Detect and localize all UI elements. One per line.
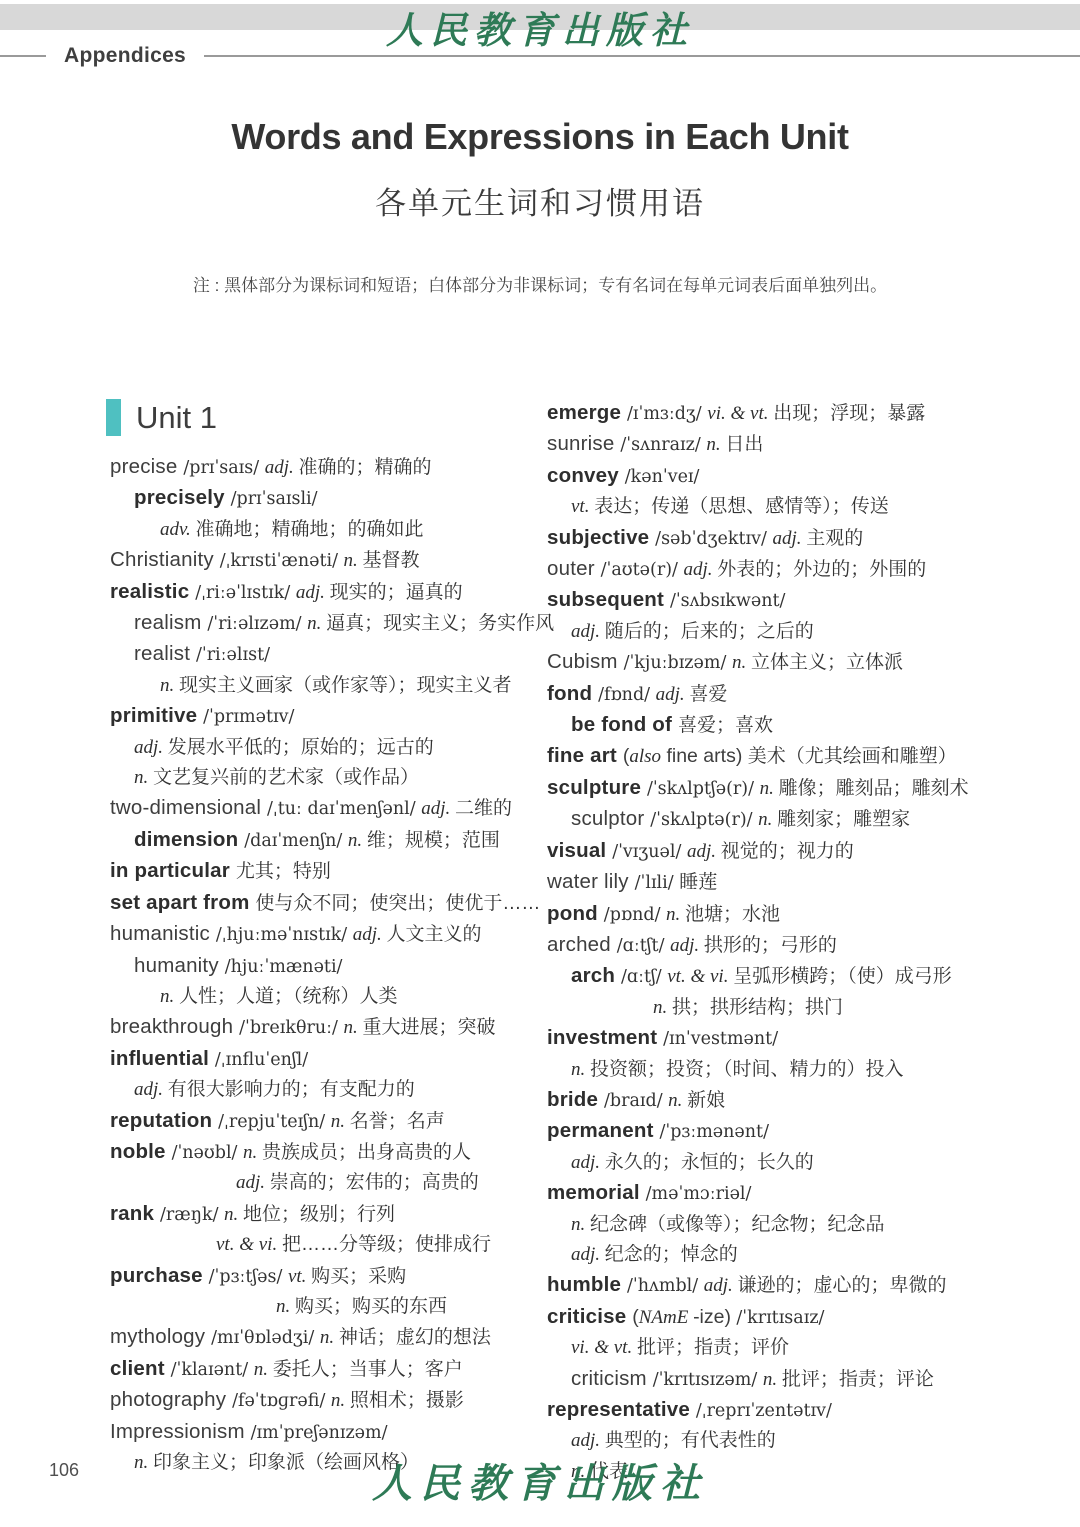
vocab-line: emerge /ɪˈmɜːdʒ/ vi. & vt. 出现；浮现；暴露	[547, 398, 969, 429]
pos-label: vi. & vt.	[707, 403, 773, 424]
vocab-line: n. 拱；拱形结构；拱门	[547, 993, 969, 1023]
pos-label: n.	[134, 767, 153, 788]
phonetic: /ˌkrɪstiˈænəti/	[220, 551, 344, 571]
meaning-zh: 发展水平低的；原始的；远古的	[168, 737, 434, 758]
pos-label: n.	[763, 1369, 782, 1390]
meaning-zh: 视觉的；视力的	[721, 841, 854, 862]
meaning-zh: 使与众不同；使突出；使优于……	[255, 893, 540, 914]
vocab-line: precise /prɪˈsaɪs/ adj. 准确的；精确的	[110, 452, 554, 483]
meaning-zh: 准确的；精确的	[299, 457, 432, 478]
phonetic: /hjuːˈmænəti/	[225, 957, 343, 977]
phonetic: /ˈkrɪtɪsɪzəm/	[653, 1370, 763, 1390]
phonetic: /ˈsʌbsɪkwənt/	[670, 591, 786, 611]
pos-label: n.	[243, 1142, 262, 1163]
vocab-line: arch /ɑːtʃ/ vt. & vi. 呈弧形横跨；（使）成弓形	[547, 961, 969, 992]
meaning-zh: 购买；采购	[311, 1266, 406, 1287]
headword: humanity	[134, 954, 225, 977]
phonetic: /daɪˈmenʃn/	[244, 831, 348, 851]
meaning-zh: 人文主义的	[387, 924, 482, 945]
meaning-zh: 二维的	[455, 798, 512, 819]
phonetic: /ˌriːəˈlɪstɪk/	[195, 583, 296, 603]
meaning-zh: 批评；指责；评论	[782, 1369, 934, 1390]
phonetic: /kənˈveɪ/	[625, 467, 700, 487]
vocab-column-left: precise /prɪˈsaɪs/ adj. 准确的；精确的precisely…	[110, 452, 554, 1478]
headword: rank	[110, 1202, 160, 1225]
headword: sculpture	[547, 776, 647, 799]
vocab-line: mythology /mɪˈθɒlədʒi/ n. 神话；虚幻的想法	[110, 1322, 554, 1353]
meaning-zh: 有很大影响力的；有支配力的	[168, 1079, 415, 1100]
headword: sunrise	[547, 432, 620, 455]
textbook-page: 人民教育出版社 Appendices Words and Expressions…	[0, 0, 1080, 1527]
pos-label: n.	[668, 1090, 687, 1111]
phonetic: /ˌtuː daɪˈmenʃənl/	[267, 799, 421, 819]
vocab-line: be fond of 喜爱；喜欢	[547, 710, 969, 741]
vocab-line: adj. 发展水平低的；原始的；远古的	[110, 733, 554, 763]
vocab-line: arched /ɑːtʃt/ adj. 拱形的；弓形的	[547, 930, 969, 961]
meaning-zh: 随后的；后来的；之后的	[605, 621, 814, 642]
meaning-zh: 维；规模；范围	[367, 830, 500, 851]
phonetic: /ˈbreɪkθruː/	[239, 1018, 343, 1038]
meaning-zh: 地位；级别；行列	[243, 1204, 395, 1225]
headword: bride	[547, 1088, 604, 1111]
meaning-zh: 呈弧形横跨；（使）成弓形	[733, 966, 952, 987]
vocab-line: vt. 表达；传递（思想、感情等）；传送	[547, 492, 969, 522]
meaning-zh: 尤其；特别	[236, 861, 331, 882]
phonetic: /məˈmɔːriəl/	[646, 1184, 752, 1204]
vocab-line: dimension /daɪˈmenʃn/ n. 维；规模；范围	[110, 825, 554, 856]
phonetic: /ˈpɜːmənənt/	[660, 1122, 770, 1142]
meaning-zh: 睡莲	[679, 872, 717, 893]
phonetic: /ˌɪnfluˈenʃl/	[215, 1050, 308, 1070]
vocab-line: outer /ˈaʊtə(r)/ adj. 外表的；外边的；外围的	[547, 554, 969, 585]
headword: investment	[547, 1026, 663, 1049]
headword: criticise	[547, 1305, 632, 1328]
headword: two-dimensional	[110, 796, 267, 819]
vocab-line: convey /kənˈveɪ/	[547, 461, 969, 492]
vocab-line: noble /ˈnəʊbl/ n. 贵族成员；出身高贵的人	[110, 1137, 554, 1168]
vocab-line: investment /ɪnˈvestmənt/	[547, 1023, 969, 1054]
unit-title: Unit 1	[136, 400, 217, 436]
meaning-zh: 重大进展；突破	[362, 1017, 495, 1038]
vocab-line: adv. 准确地；精确地；的确如此	[110, 515, 554, 545]
pos-label: vt. & vi.	[216, 1234, 282, 1255]
headword: arch	[571, 964, 621, 987]
phonetic: /ˈriːəlɪst/	[196, 645, 270, 665]
meaning-zh: 外表的；外边的；外围的	[717, 559, 926, 580]
meaning-zh: 立体主义；立体派	[751, 652, 903, 673]
vocab-line: rank /ræŋk/ n. 地位；级别；行列	[110, 1199, 554, 1230]
meaning-zh: 现实的；逼真的	[330, 582, 463, 603]
phonetic: /pɒnd/	[604, 905, 666, 925]
pos-label: NAmE	[639, 1307, 693, 1328]
vocab-line: photography /fəˈtɒɡrəfi/ n. 照相术；摄影	[110, 1385, 554, 1416]
vocab-line: set apart from 使与众不同；使突出；使优于……	[110, 888, 554, 919]
headword: set apart from	[110, 891, 255, 914]
vocab-line: subsequent /ˈsʌbsɪkwənt/	[547, 585, 969, 616]
pos-label: n.	[758, 809, 777, 830]
phonetic: /ˈskʌlptə(r)/	[650, 810, 758, 830]
pos-label: adj.	[772, 528, 806, 549]
meaning-zh: 委托人；当事人；客户	[273, 1359, 463, 1380]
meaning-zh: 纪念碑（或像等）；纪念物；纪念品	[590, 1214, 885, 1235]
meaning-zh: 逼真；现实主义；务实作风	[326, 613, 554, 634]
page-title: Words and Expressions in Each Unit	[0, 116, 1080, 158]
vocab-line: reputation /ˌrepjuˈteɪʃn/ n. 名誉；名声	[110, 1106, 554, 1137]
vocab-line: adj. 永久的；永恒的；长久的	[547, 1148, 969, 1178]
vocab-line: Impressionism /ɪmˈpreʃənɪzəm/	[110, 1417, 554, 1448]
headword: Cubism	[547, 650, 624, 673]
meaning-zh: 出现；浮现；暴露	[773, 403, 925, 424]
pos-label: n.	[224, 1204, 243, 1225]
headword: sculptor	[571, 807, 650, 830]
headword: dimension	[134, 828, 244, 851]
vocab-line: Christianity /ˌkrɪstiˈænəti/ n. 基督教	[110, 545, 554, 576]
pos-label: vt. & vi.	[667, 966, 733, 987]
meaning-zh: 文艺复兴前的艺术家（或作品）	[153, 767, 419, 788]
pos-label: adj.	[296, 582, 330, 603]
headword: water lily	[547, 870, 635, 893]
headword: subjective	[547, 526, 655, 549]
meaning-zh: 人性；人道；（统称）人类	[179, 986, 398, 1007]
phonetic: /prɪˈsaɪs/	[183, 458, 264, 478]
pos-label: n.	[666, 904, 685, 925]
meaning-zh: 投资额；投资；（时间、精力的）投入	[590, 1059, 904, 1080]
headword: photography	[110, 1388, 232, 1411]
headword: arched	[547, 933, 617, 956]
pos-label: adv.	[160, 519, 196, 540]
headword: criticism	[571, 1367, 653, 1390]
headword: humble	[547, 1273, 627, 1296]
pos-label: also	[629, 746, 661, 767]
vocab-line: fond /fɒnd/ adj. 喜爱	[547, 679, 969, 710]
headword: primitive	[110, 704, 203, 727]
headword: be fond of	[571, 713, 678, 736]
annotation: fine arts)	[661, 745, 748, 767]
pos-label: adj.	[265, 457, 299, 478]
headword: precise	[110, 455, 183, 478]
pos-label: n.	[331, 1111, 350, 1132]
phonetic: /ɪˈmɜːdʒ/	[627, 404, 707, 424]
pos-label: n.	[760, 778, 779, 799]
vocab-line: adj. 随后的；后来的；之后的	[547, 617, 969, 647]
meaning-zh: 主观的	[806, 528, 863, 549]
meaning-zh: 照相术；摄影	[350, 1390, 464, 1411]
phonetic: /ˈaʊtə(r)/	[601, 560, 684, 580]
meaning-zh: 拱形的；弓形的	[704, 935, 837, 956]
headword: memorial	[547, 1181, 646, 1204]
headword: permanent	[547, 1119, 660, 1142]
vocab-line: memorial /məˈmɔːriəl/	[547, 1178, 969, 1209]
headword: influential	[110, 1047, 215, 1070]
phonetic: /ˈnəʊbl/	[172, 1143, 243, 1163]
vocab-line: purchase /ˈpɜːtʃəs/ vt. 购买；采购	[110, 1261, 554, 1292]
vocab-line: realistic /ˌriːəˈlɪstɪk/ adj. 现实的；逼真的	[110, 577, 554, 608]
meaning-zh: 名誉；名声	[350, 1111, 445, 1132]
headword: emerge	[547, 401, 627, 424]
phonetic: /prɪˈsaɪsli/	[231, 489, 318, 509]
headword: breakthrough	[110, 1015, 239, 1038]
headword: realism	[134, 611, 207, 634]
headword: purchase	[110, 1264, 209, 1287]
usage-note: 注 : 黑体部分为课标词和短语；白体部分为非课标词；专有名词在每单元词表后面单独…	[0, 271, 1080, 296]
vocab-line: criticism /ˈkrɪtɪsɪzəm/ n. 批评；指责；评论	[547, 1364, 969, 1395]
vocab-line: permanent /ˈpɜːmənənt/	[547, 1116, 969, 1147]
vocab-line: realist /ˈriːəlɪst/	[110, 639, 554, 670]
phonetic: /ˌreprɪˈzentətɪv/	[696, 1401, 832, 1421]
phonetic: /fɒnd/	[598, 685, 656, 705]
phonetic: /fəˈtɒɡrəfi/	[232, 1391, 331, 1411]
pos-label: adj.	[687, 841, 721, 862]
vocab-line: n. 现实主义画家（或作家等）；现实主义者	[110, 671, 554, 701]
pos-label: n.	[134, 1452, 153, 1473]
vocab-line: sculptor /ˈskʌlptə(r)/ n. 雕刻家；雕塑家	[547, 804, 969, 835]
pos-label: adj.	[236, 1172, 270, 1193]
pos-label: adj.	[571, 1244, 605, 1265]
phonetic: /ˈsʌnraɪz/	[620, 435, 706, 455]
pos-label: adj.	[134, 737, 168, 758]
vocab-line: precisely /prɪˈsaɪsli/	[110, 483, 554, 514]
meaning-zh: 新娘	[687, 1090, 725, 1111]
vocab-line: criticise (NAmE -ize) /ˈkrɪtɪsaɪz/	[547, 1302, 969, 1333]
phonetic: /mɪˈθɒlədʒi/	[211, 1328, 320, 1348]
unit-header: Unit 1	[106, 399, 217, 436]
pos-label: adj.	[134, 1079, 168, 1100]
phonetic: /ɑːtʃ/	[621, 967, 667, 987]
vocab-line: vt. & vi. 把……分等级；使排成行	[110, 1230, 554, 1260]
pos-label: adj.	[684, 559, 718, 580]
vocab-line: adj. 崇高的；宏伟的；高贵的	[110, 1168, 554, 1198]
vocab-line: bride /braɪd/ n. 新娘	[547, 1085, 969, 1116]
vocab-line: humanistic /ˌhjuːməˈnɪstɪk/ adj. 人文主义的	[110, 919, 554, 950]
pos-label: adj.	[421, 798, 455, 819]
vocab-line: representative /ˌreprɪˈzentətɪv/	[547, 1395, 969, 1426]
pos-label: n.	[344, 550, 363, 571]
headword: outer	[547, 557, 601, 580]
meaning-zh: 典型的；有代表性的	[605, 1430, 776, 1451]
pos-label: n.	[706, 434, 725, 455]
meaning-zh: 雕刻家；雕塑家	[777, 809, 910, 830]
phonetic: /ˌhjuːməˈnɪstɪk/	[216, 925, 353, 945]
pos-label: n.	[732, 652, 751, 673]
meaning-zh: 基督教	[363, 550, 420, 571]
pos-label: adj.	[571, 1152, 605, 1173]
phonetic: /ˈlɪli/	[635, 873, 680, 893]
pos-label: adj.	[704, 1275, 738, 1296]
vocab-line: adj. 有很大影响力的；有支配力的	[110, 1075, 554, 1105]
vocab-line: Cubism /ˈkjuːbɪzəm/ n. 立体主义；立体派	[547, 647, 969, 678]
headword: in particular	[110, 859, 236, 882]
pos-label: n.	[254, 1359, 273, 1380]
pos-label: n.	[343, 1017, 362, 1038]
headword: fond	[547, 682, 598, 705]
phonetic: /ɪmˈpreʃənɪzəm/	[251, 1423, 388, 1443]
phonetic: /ˈriːəlɪzəm/	[207, 614, 307, 634]
meaning-zh: 谦逊的；虚心的；卑微的	[738, 1275, 947, 1296]
phonetic: /ɑːtʃt/	[617, 936, 670, 956]
meaning-zh: 喜爱；喜欢	[678, 715, 773, 736]
pos-label: vt.	[288, 1266, 311, 1287]
pos-label: adj.	[670, 935, 704, 956]
phonetic: /ˈprɪmətɪv/	[203, 707, 294, 727]
phonetic: /səbˈdʒektɪv/	[655, 529, 772, 549]
pos-label: adj.	[353, 924, 387, 945]
vocab-line: n. 投资额；投资；（时间、精力的）投入	[547, 1055, 969, 1085]
vocab-line: sculpture /ˈskʌlptʃə(r)/ n. 雕像；雕刻品；雕刻术	[547, 773, 969, 804]
vocab-column-right: emerge /ɪˈmɜːdʒ/ vi. & vt. 出现；浮现；暴露sunri…	[547, 398, 969, 1487]
meaning-zh: 美术（尤其绘画和雕塑）	[748, 746, 957, 767]
headword: visual	[547, 839, 612, 862]
phonetic: /ˈhʌmbl/	[627, 1276, 704, 1296]
headword: fine art	[547, 744, 623, 767]
pos-label: n.	[653, 997, 672, 1018]
vocab-line: n. 购买；购买的东西	[110, 1292, 554, 1322]
headword: Impressionism	[110, 1420, 251, 1443]
meaning-zh: 神话；虚幻的想法	[339, 1327, 491, 1348]
pos-label: adj.	[656, 684, 690, 705]
phonetic: /ˌrepjuˈteɪʃn/	[218, 1112, 331, 1132]
meaning-zh: 纪念的；悼念的	[605, 1244, 738, 1265]
phonetic: /ˈklaɪənt/	[171, 1360, 254, 1380]
vocab-line: influential /ˌɪnfluˈenʃl/	[110, 1044, 554, 1075]
pos-label: n.	[331, 1390, 350, 1411]
footer-publisher-logo: 人民教育出版社	[372, 1452, 708, 1509]
vocab-line: sunrise /ˈsʌnraɪz/ n. 日出	[547, 429, 969, 460]
headword: convey	[547, 464, 625, 487]
headword: realistic	[110, 580, 195, 603]
meaning-zh: 喜爱	[689, 684, 727, 705]
pos-label: vi. & vt.	[571, 1337, 637, 1358]
pos-label: n.	[160, 986, 179, 1007]
vocab-line: realism /ˈriːəlɪzəm/ n. 逼真；现实主义；务实作风	[110, 608, 554, 639]
unit-marker-teal	[106, 399, 121, 436]
headword: humanistic	[110, 922, 216, 945]
page-number: 106	[49, 1460, 79, 1481]
pos-label: n.	[276, 1296, 295, 1317]
headword: precisely	[134, 486, 231, 509]
phonetic: /ˈkrɪtɪsaɪz/	[736, 1308, 824, 1328]
vocab-line: humble /ˈhʌmbl/ adj. 谦逊的；虚心的；卑微的	[547, 1270, 969, 1301]
phonetic: /ɪnˈvestmənt/	[663, 1029, 778, 1049]
meaning-zh: 准确地；精确地；的确如此	[196, 519, 424, 540]
meaning-zh: 表达；传递（思想、感情等）；传送	[594, 496, 889, 517]
phonetic: /ˈkjuːbɪzəm/	[624, 653, 732, 673]
pos-label: n.	[571, 1214, 590, 1235]
vocab-line: breakthrough /ˈbreɪkθruː/ n. 重大进展；突破	[110, 1012, 554, 1043]
meaning-zh: 购买；购买的东西	[295, 1296, 447, 1317]
meaning-zh: 批评；指责；评价	[637, 1337, 789, 1358]
appendices-header: Appendices	[0, 44, 1080, 68]
pos-label: n.	[348, 830, 367, 851]
pos-label: n.	[160, 675, 179, 696]
rule-right	[204, 55, 1080, 57]
vocab-line: n. 人性；人道；（统称）人类	[110, 982, 554, 1012]
vocab-line: n. 纪念碑（或像等）；纪念物；纪念品	[547, 1210, 969, 1240]
vocab-line: in particular 尤其；特别	[110, 856, 554, 887]
vocab-line: pond /pɒnd/ n. 池塘；水池	[547, 899, 969, 930]
meaning-zh: 把……分等级；使排成行	[282, 1234, 491, 1255]
meaning-zh: 崇高的；宏伟的；高贵的	[270, 1172, 479, 1193]
meaning-zh: 池塘；水池	[685, 904, 780, 925]
page-subtitle-chinese: 各单元生词和习惯用语	[0, 178, 1080, 223]
meaning-zh: 日出	[725, 434, 763, 455]
section-label: Appendices	[64, 44, 186, 68]
headword: reputation	[110, 1109, 218, 1132]
headword: noble	[110, 1140, 172, 1163]
vocab-line: two-dimensional /ˌtuː daɪˈmenʃənl/ adj. …	[110, 793, 554, 824]
meaning-zh: 雕像；雕刻品；雕刻术	[779, 778, 969, 799]
vocab-line: n. 文艺复兴前的艺术家（或作品）	[110, 763, 554, 793]
pos-label: adj.	[571, 621, 605, 642]
phonetic: /ˈpɜːtʃəs/	[209, 1267, 288, 1287]
vocab-line: fine art (also fine arts) 美术（尤其绘画和雕塑）	[547, 741, 969, 772]
rule-left	[0, 55, 46, 57]
meaning-zh: 拱；拱形结构；拱门	[672, 997, 843, 1018]
meaning-zh: 贵族成员；出身高贵的人	[262, 1142, 471, 1163]
headword: mythology	[110, 1325, 211, 1348]
pos-label: n.	[320, 1327, 339, 1348]
vocab-line: humanity /hjuːˈmænəti/	[110, 951, 554, 982]
pos-label: n.	[571, 1059, 590, 1080]
vocab-line: client /ˈklaɪənt/ n. 委托人；当事人；客户	[110, 1354, 554, 1385]
meaning-zh: 现实主义画家（或作家等）；现实主义者	[179, 675, 512, 696]
pos-label: vt.	[571, 496, 594, 517]
vocab-line: water lily /ˈlɪli/ 睡莲	[547, 867, 969, 898]
phonetic: /ˈskʌlptʃə(r)/	[647, 779, 760, 799]
phonetic: /braɪd/	[604, 1091, 668, 1111]
annotation: -ize)	[693, 1306, 736, 1328]
phonetic: /ræŋk/	[160, 1205, 224, 1225]
headword: realist	[134, 642, 196, 665]
headword: client	[110, 1357, 171, 1380]
phonetic: /ˈvɪʒuəl/	[612, 842, 687, 862]
headword: pond	[547, 902, 604, 925]
pos-label: n.	[307, 613, 326, 634]
headword: subsequent	[547, 588, 670, 611]
pos-label: adj.	[571, 1430, 605, 1451]
meaning-zh: 永久的；永恒的；长久的	[605, 1152, 814, 1173]
vocab-line: primitive /ˈprɪmətɪv/	[110, 701, 554, 732]
headword: representative	[547, 1398, 696, 1421]
vocab-line: subjective /səbˈdʒektɪv/ adj. 主观的	[547, 523, 969, 554]
headword: Christianity	[110, 548, 220, 571]
vocab-line: adj. 纪念的；悼念的	[547, 1240, 969, 1270]
vocab-line: visual /ˈvɪʒuəl/ adj. 视觉的；视力的	[547, 836, 969, 867]
vocab-line: vi. & vt. 批评；指责；评价	[547, 1333, 969, 1363]
